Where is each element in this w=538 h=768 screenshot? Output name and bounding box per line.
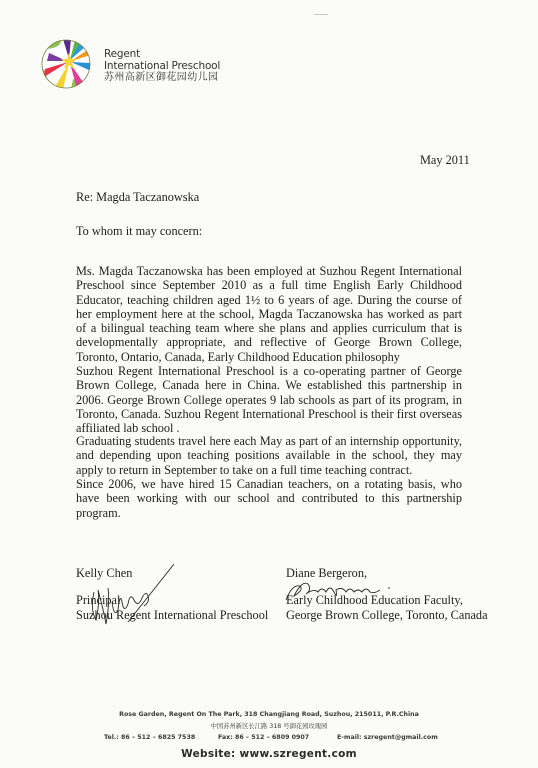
faculty-role: Early Childhood Education Faculty, <box>286 593 488 607</box>
scan-speck <box>314 14 328 15</box>
faculty-organization: George Brown College, Toronto, Canada <box>286 608 488 622</box>
letterhead-brand: Regent International Preschool 苏州高新区御花园幼… <box>104 48 220 84</box>
letter-date: May 2011 <box>420 153 470 168</box>
footer-fax: Fax: 86 – 512 – 6809 0907 <box>218 734 309 741</box>
re-line: Re: Magda Taczanowska <box>76 190 199 205</box>
paragraph-employment: Ms. Magda Taczanowska has been employed … <box>76 264 462 364</box>
salutation: To whom it may concern: <box>76 224 202 239</box>
signatory-organization: Suzhou Regent International Preschool <box>76 608 268 622</box>
school-logo-icon <box>41 39 91 89</box>
paragraph-internship: Graduating students travel here each May… <box>76 434 462 477</box>
org-name-chinese: 苏州高新区御花园幼儿园 <box>104 72 220 84</box>
letter-page: Regent International Preschool 苏州高新区御花园幼… <box>0 0 538 768</box>
signature-block-faculty: Diane Bergeron, Early Childhood Educatio… <box>286 566 488 622</box>
footer-website: Website: www.szregent.com <box>0 748 538 760</box>
signature-block-principal: Kelly Chen Principal Suzhou Regent Inter… <box>76 566 268 622</box>
org-name-line2: International Preschool <box>104 60 220 72</box>
footer-address-chinese: 中国苏州新区长江路 318 号御花园玫瑰园 <box>0 721 538 730</box>
footer-telephone: Tel.: 86 – 512 – 6825 7538 <box>104 734 195 741</box>
footer-email: E-mail: szregent@gmail.com <box>337 734 438 741</box>
signatory-title: Principal <box>76 593 268 607</box>
signatory-name: Kelly Chen <box>76 566 268 580</box>
faculty-name: Diane Bergeron, <box>286 566 488 580</box>
paragraph-hiring: Since 2006, we have hired 15 Canadian te… <box>76 477 462 520</box>
paragraph-partnership: Suzhou Regent International Preschool is… <box>76 364 462 435</box>
footer-address: Rose Garden, Regent On The Park, 318 Cha… <box>0 711 538 718</box>
org-name-line1: Regent <box>104 48 220 60</box>
